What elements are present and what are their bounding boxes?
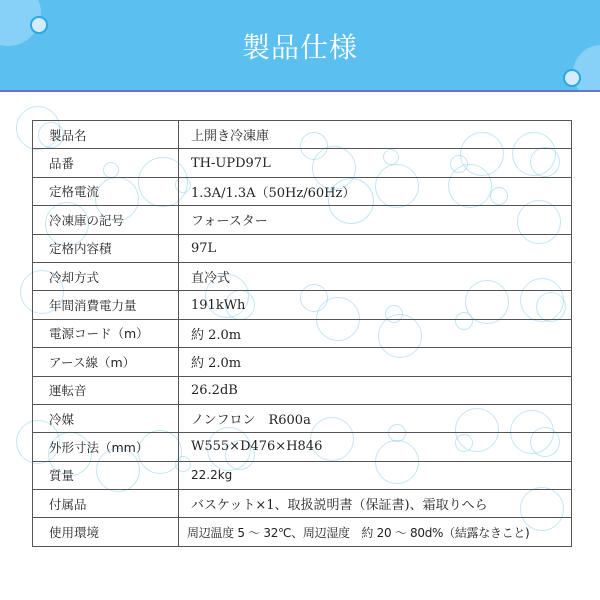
spec-label: 質量 [33, 461, 179, 489]
table-row: 使用環境周辺温度 5 ～ 32℃、周辺湿度 約 20 ～ 80d%（結露なきこと… [33, 518, 572, 546]
table-row: 外形寸法（mm）W555×D476×H846 [33, 433, 572, 461]
spec-value: 22.2kg [179, 461, 572, 489]
spec-label: 年間消費電力量 [33, 291, 179, 319]
table-row: 製品名上開き冷凍庫 [33, 121, 572, 149]
spec-label: 冷媒 [33, 404, 179, 432]
table-row: 冷凍庫の記号フォースター [33, 206, 572, 234]
page-title: 製品仕様 [0, 26, 600, 66]
spec-label: アース線（m） [33, 348, 179, 376]
table-row: 付属品バスケット×1、取扱説明書（保証書)、霜取りへら [33, 490, 572, 518]
table-row: 冷媒ノンフロン R600a [33, 404, 572, 432]
bubble-decoration [563, 69, 581, 87]
spec-label: 定格電流 [33, 177, 179, 205]
table-row: 冷却方式直冷式 [33, 262, 572, 290]
spec-value: TH-UPD97L [179, 149, 572, 177]
spec-value: W555×D476×H846 [179, 433, 572, 461]
spec-label: 使用環境 [33, 518, 179, 546]
table-row: 定格内容積97L [33, 234, 572, 262]
spec-value: バスケット×1、取扱説明書（保証書)、霜取りへら [179, 490, 572, 518]
spec-label: 運転音 [33, 376, 179, 404]
spec-value: フォースター [179, 206, 572, 234]
spec-label: 定格内容積 [33, 234, 179, 262]
table-row: 電源コード（m）約 2.0m [33, 319, 572, 347]
spec-label: 外形寸法（mm） [33, 433, 179, 461]
table-row: 運転音26.2dB [33, 376, 572, 404]
spec-value: ノンフロン R600a [179, 404, 572, 432]
spec-label: 製品名 [33, 121, 179, 149]
header-banner: 製品仕様 [0, 0, 600, 92]
spec-label: 冷凍庫の記号 [33, 206, 179, 234]
spec-label: 電源コード（m） [33, 319, 179, 347]
spec-label: 付属品 [33, 490, 179, 518]
spec-value: 191kWh [179, 291, 572, 319]
table-row: 品番TH-UPD97L [33, 149, 572, 177]
spec-label: 品番 [33, 149, 179, 177]
table-row: 質量22.2kg [33, 461, 572, 489]
spec-table: 製品名上開き冷凍庫 品番TH-UPD97L 定格電流1.3A/1.3A（50Hz… [32, 120, 572, 547]
spec-value: 1.3A/1.3A（50Hz/60Hz） [179, 177, 572, 205]
table-row: 定格電流1.3A/1.3A（50Hz/60Hz） [33, 177, 572, 205]
spec-value: 上開き冷凍庫 [179, 121, 572, 149]
spec-value: 直冷式 [179, 262, 572, 290]
spec-value: 約 2.0m [179, 348, 572, 376]
spec-value: 26.2dB [179, 376, 572, 404]
spec-label: 冷却方式 [33, 262, 179, 290]
spec-value: 97L [179, 234, 572, 262]
table-row: 年間消費電力量191kWh [33, 291, 572, 319]
spec-value: 約 2.0m [179, 319, 572, 347]
spec-value: 周辺温度 5 ～ 32℃、周辺湿度 約 20 ～ 80d%（結露なきこと) [179, 518, 572, 546]
table-row: アース線（m）約 2.0m [33, 348, 572, 376]
